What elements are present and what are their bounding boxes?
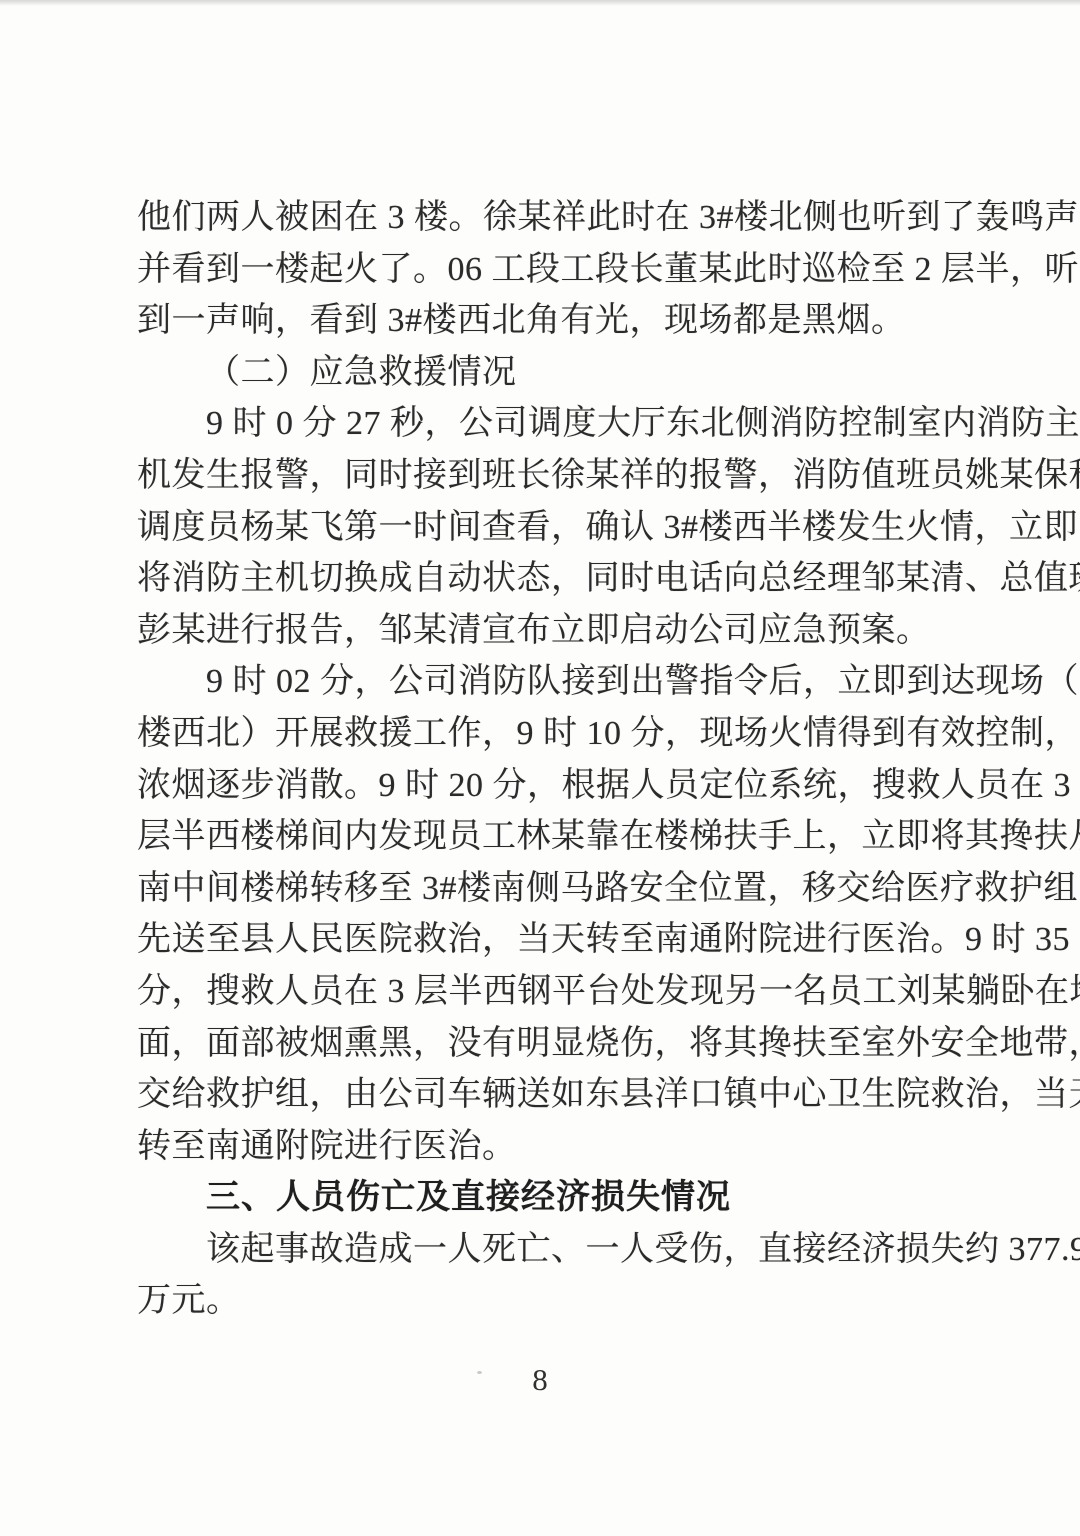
- body-line: 调度员杨某飞第一时间查看，确认 3#楼西半楼发生火情，立即: [137, 502, 949, 554]
- body-line: 交给救护组，由公司车辆送如东县洋口镇中心卫生院救治，当天: [137, 1069, 949, 1121]
- body-line: 9 时 02 分，公司消防队接到出警指令后，立即到达现场（3#: [137, 656, 949, 708]
- section-heading-rescue: （二）应急救援情况: [137, 347, 949, 399]
- document-body: 他们两人被困在 3 楼。徐某祥此时在 3#楼北侧也听到了轰鸣声， 并看到一楼起火…: [137, 192, 949, 1327]
- body-line: 到一声响，看到 3#楼西北角有光，现场都是黑烟。: [137, 295, 949, 347]
- body-line: 分，搜救人员在 3 层半西钢平台处发现另一名员工刘某躺卧在地: [137, 966, 949, 1018]
- body-line: 南中间楼梯转移至 3#楼南侧马路安全位置，移交给医疗救护组，: [137, 863, 949, 915]
- body-line: 层半西楼梯间内发现员工林某靠在楼梯扶手上，立即将其搀扶从: [137, 811, 949, 863]
- body-line: 彭某进行报告，邹某清宣布立即启动公司应急预案。: [137, 605, 949, 657]
- body-line: 机发生报警，同时接到班长徐某祥的报警，消防值班员姚某保和: [137, 450, 949, 502]
- body-line: 万元。: [137, 1275, 949, 1327]
- document-page: 他们两人被困在 3 楼。徐某祥此时在 3#楼北侧也听到了轰鸣声， 并看到一楼起火…: [0, 0, 1080, 1536]
- body-line: 先送至县人民医院救治，当天转至南通附院进行医治。9 时 35: [137, 914, 949, 966]
- body-line: 浓烟逐步消散。9 时 20 分，根据人员定位系统，搜救人员在 3: [137, 760, 949, 812]
- section-heading-casualty: 三、人员伤亡及直接经济损失情况: [137, 1172, 949, 1224]
- page-number: 8: [0, 1362, 1080, 1398]
- body-line: 他们两人被困在 3 楼。徐某祥此时在 3#楼北侧也听到了轰鸣声，: [137, 192, 949, 244]
- body-line: 将消防主机切换成自动状态，同时电话向总经理邹某清、总值班: [137, 553, 949, 605]
- body-line: 9 时 0 分 27 秒，公司调度大厅东北侧消防控制室内消防主: [137, 398, 949, 450]
- body-line: 转至南通附院进行医治。: [137, 1121, 949, 1173]
- body-line: 该起事故造成一人死亡、一人受伤，直接经济损失约 377.95: [137, 1224, 949, 1276]
- body-line: 楼西北）开展救援工作，9 时 10 分，现场火情得到有效控制，: [137, 708, 949, 760]
- scan-edge-artifact: [0, 0, 1080, 6]
- body-line: 面，面部被烟熏黑，没有明显烧伤，将其搀扶至室外安全地带，: [137, 1018, 949, 1070]
- body-line: 并看到一楼起火了。06 工段工段长董某此时巡检至 2 层半，听: [137, 244, 949, 296]
